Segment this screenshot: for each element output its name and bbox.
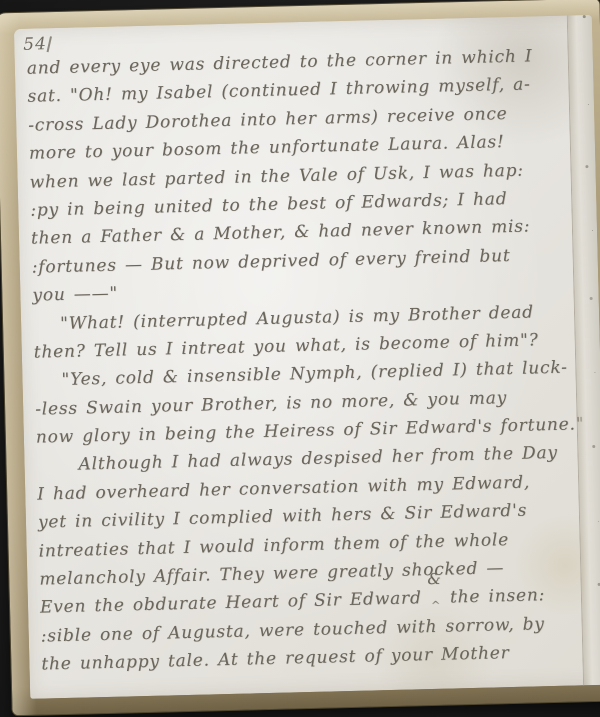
inserted-ampersand: & — [427, 565, 442, 594]
manuscript-photo: 54 and every eye was directed to the cor… — [0, 0, 600, 717]
line-text-post: the insen: — [450, 586, 546, 608]
manuscript-page: 54 and every eye was directed to the cor… — [14, 15, 600, 699]
insertion-caret: ^ — [431, 592, 442, 621]
line-text-pre: Even the obdurate Heart of Sir Edward — [40, 589, 422, 618]
interlinear-insertion: & ^ — [430, 586, 442, 603]
manuscript-text: and every eye was directed to the corner… — [27, 42, 578, 680]
book-edges: 54 and every eye was directed to the cor… — [0, 0, 600, 715]
page-number: 54 — [23, 34, 47, 55]
page-number-flourish — [47, 36, 52, 52]
ink-bleed-specks — [583, 15, 586, 18]
